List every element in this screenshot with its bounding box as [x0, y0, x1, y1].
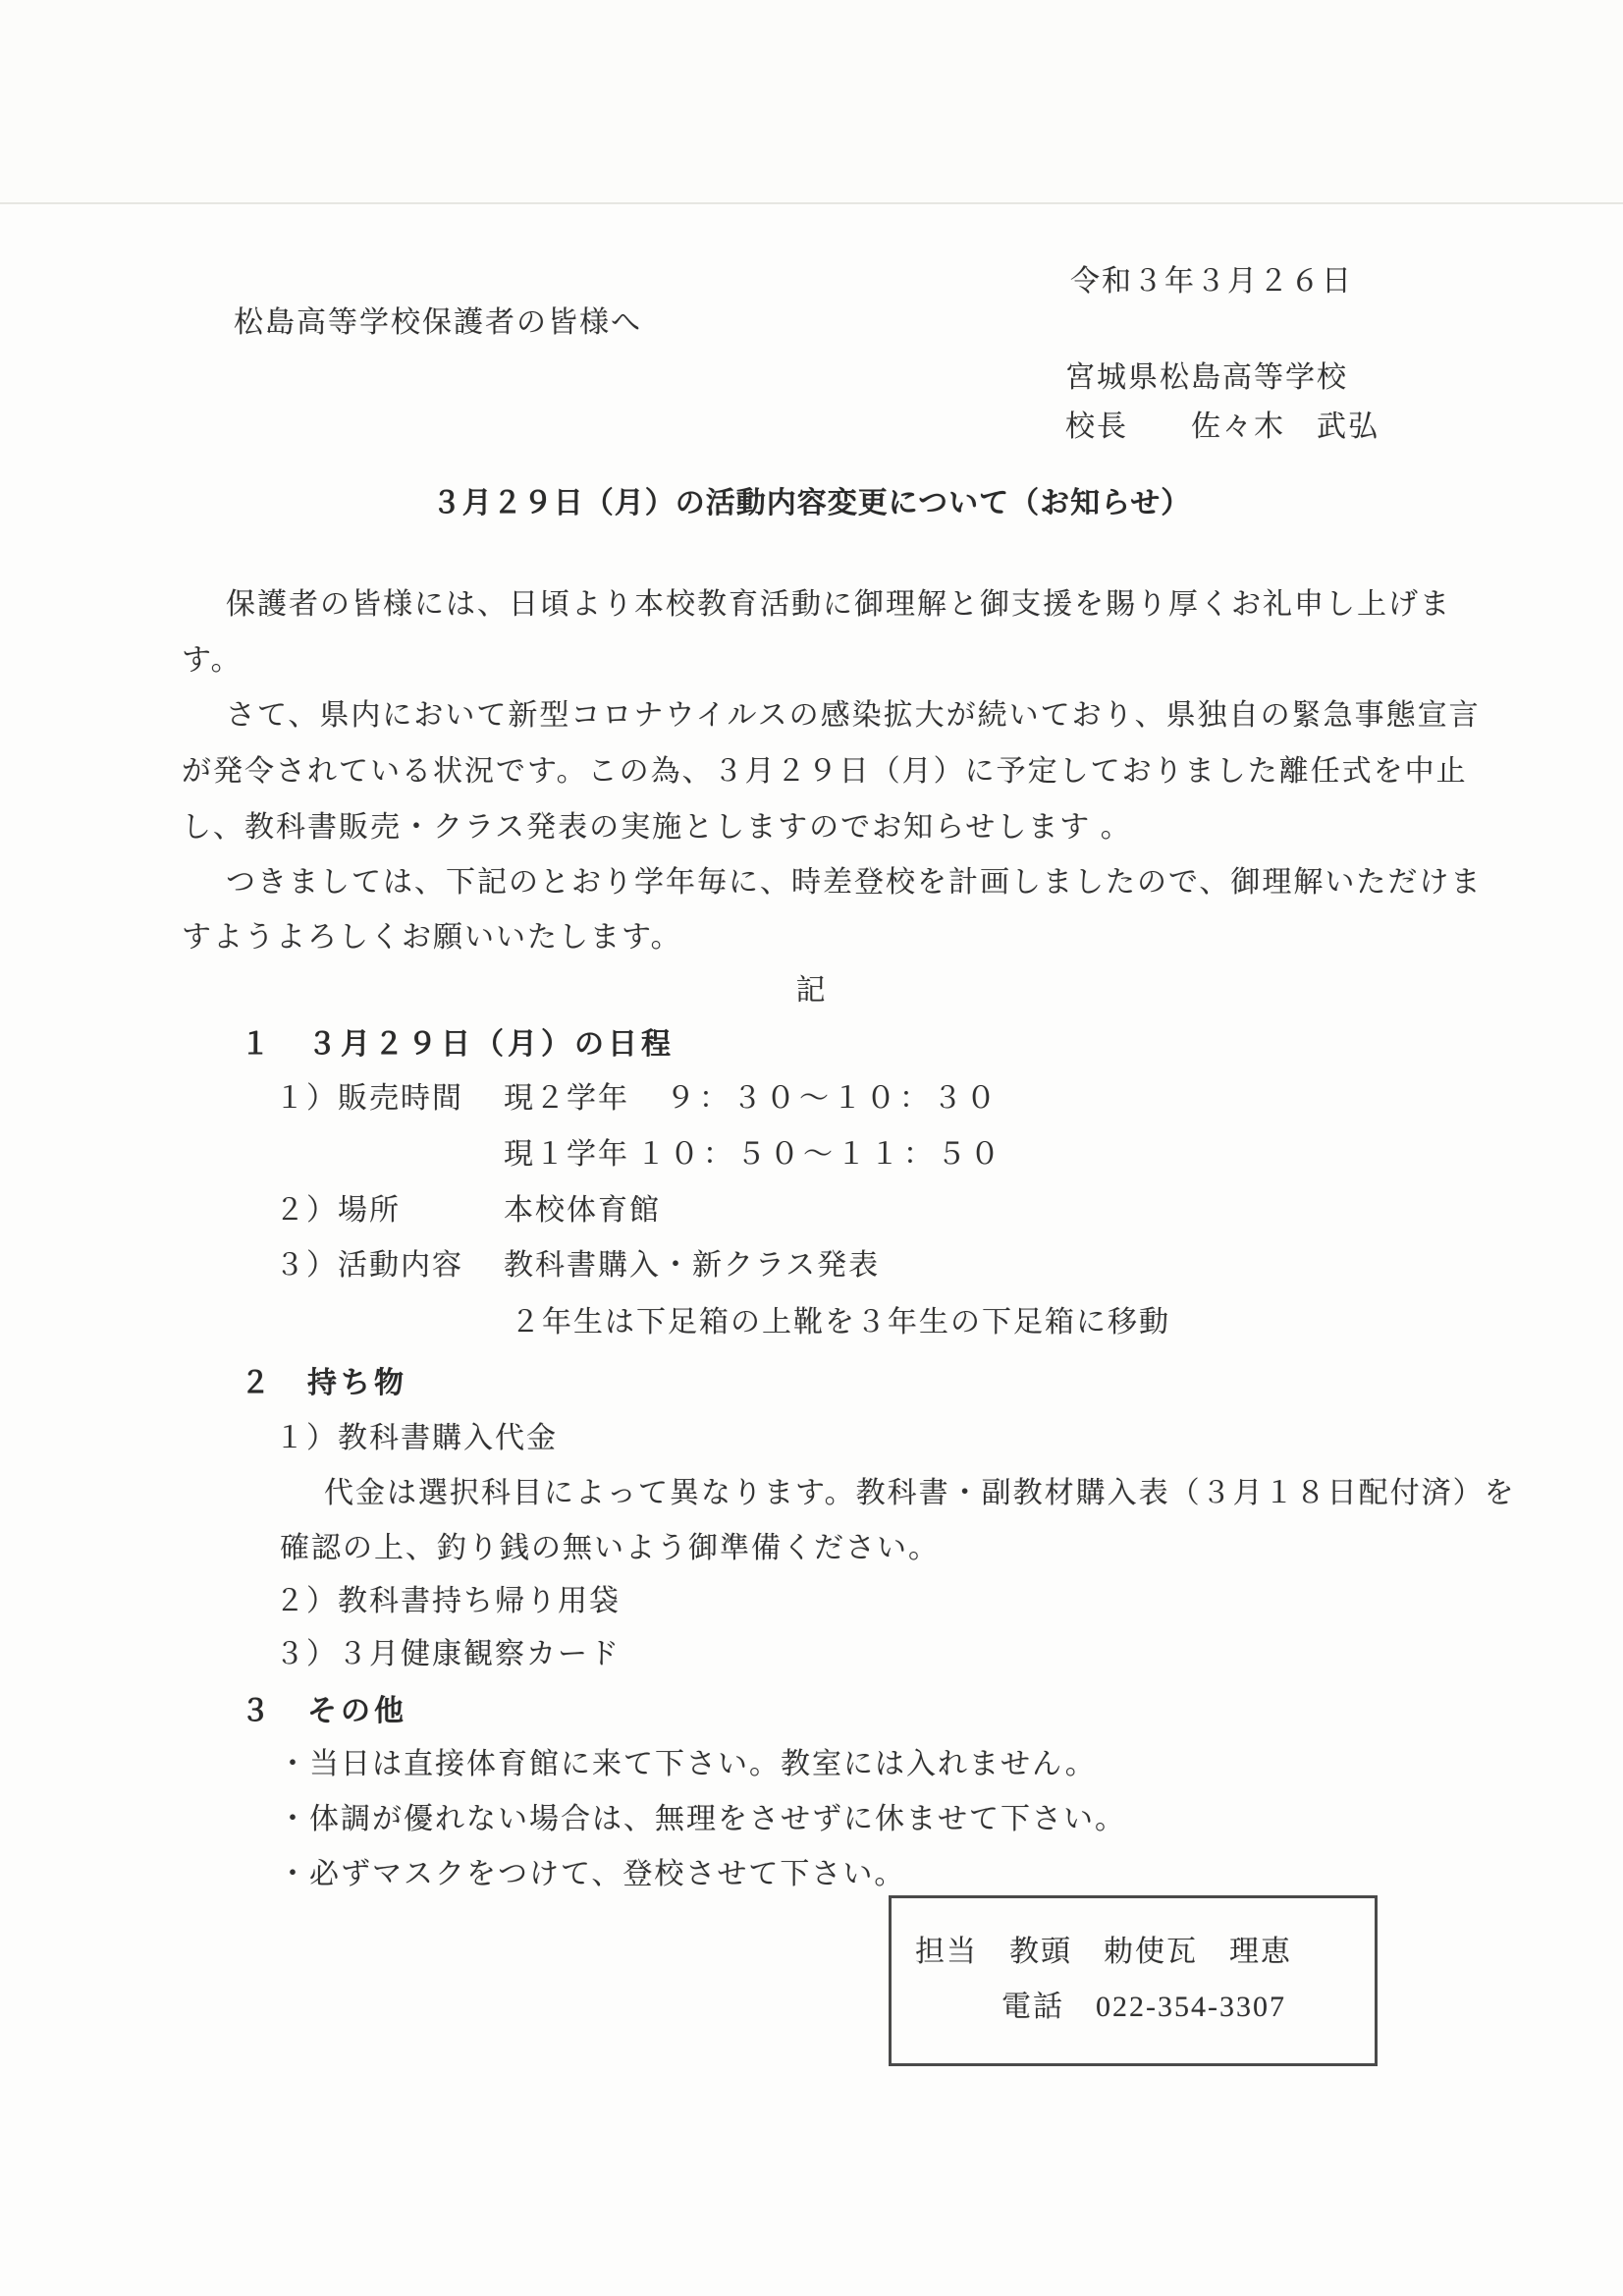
bring-item-note: 代金は選択科目によって異なります。教科書・副教材購入表（３月１８日配付済）を: [324, 1475, 1516, 1512]
note-bullet: ・当日は直接体育館に来て下さい。教室には入れません。: [278, 1746, 1097, 1783]
intro-line: つきましては、下記のとおり学年毎に、時差登校を計画しましたので、御理解いただけま: [226, 864, 1482, 902]
schedule-column: 現２学年: [504, 1080, 629, 1118]
intro-line: し、教科書販売・クラス発表の実施としますのでお知らせします 。: [182, 809, 1132, 847]
intro-line: が発令されている状況です。この為、３月２９日（月）に予定しておりました離任式を中…: [182, 753, 1468, 791]
schedule-column: 現１学年: [504, 1136, 629, 1174]
contact-person-line: 担当 教頭 勅使瓦 理恵: [915, 1934, 1292, 1971]
intro-line: さて、県内において新型コロナウイルスの感染拡大が続いており、県独自の緊急事態宣言: [226, 697, 1481, 735]
schedule-column: 教科書購入・新クラス発表: [504, 1247, 880, 1285]
notice-title: ３月２９日（月）の活動内容変更について（お知らせ）: [0, 485, 1623, 522]
schedule-label: ３）活動内容: [275, 1247, 463, 1285]
note-bullet: ・体調が優れない場合は、無理をさせずに休ませて下さい。: [278, 1801, 1126, 1838]
schedule-label: １）販売時間: [275, 1080, 463, 1118]
section1-heading: １ ３月２９日（月）の日程: [241, 1026, 675, 1064]
intro-line: す。: [182, 642, 243, 680]
schedule-time: ９：３０～１０：３０: [666, 1080, 1000, 1118]
schedule-label: ２）場所: [275, 1192, 401, 1230]
contact-box: 担当 教頭 勅使瓦 理恵 電話 022-354-3307: [889, 1895, 1378, 2066]
intro-line: すようよろしくお願いいたします。: [182, 919, 682, 957]
bring-item-note: 確認の上、釣り銭の無いよう御準備ください。: [280, 1530, 940, 1567]
record-marker: 記: [0, 972, 1623, 1010]
date-line: 令和３年３月２６日: [1070, 263, 1353, 301]
bring-item: １）教科書購入代金: [275, 1420, 558, 1457]
schedule-column: 本校体育館: [504, 1192, 661, 1230]
scanned-notice-page: 令和３年３月２６日 松島高等学校保護者の皆様へ 宮城県松島高等学校 校長 佐々木…: [0, 0, 1623, 2296]
scan-artifact-line: [0, 202, 1623, 204]
note-bullet: ・必ずマスクをつけて、登校させて下さい。: [278, 1856, 905, 1893]
section2-heading: ２ 持ち物: [241, 1365, 407, 1402]
contact-phone-line: 電話 022-354-3307: [1001, 1989, 1286, 2026]
section3-heading: ３ その他: [241, 1693, 407, 1730]
scan-artifact-band: [0, 0, 1623, 202]
principal-line: 校長 佐々木 武弘: [1065, 409, 1380, 446]
school-name-line: 宮城県松島高等学校: [1065, 359, 1348, 397]
schedule-time: １０：５０～１１：５０: [636, 1136, 1003, 1174]
bring-item: ２）教科書持ち帰り用袋: [275, 1583, 621, 1620]
intro-line: 保護者の皆様には、日頃より本校教育活動に御理解と御支援を賜り厚くお礼申し上げま: [226, 586, 1451, 624]
bring-item: ３）３月健康観察カード: [275, 1636, 621, 1673]
addressee-line: 松島高等学校保護者の皆様へ: [234, 304, 642, 342]
schedule-note: ２年生は下足箱の上靴を３年生の下足箱に移動: [511, 1304, 1170, 1341]
